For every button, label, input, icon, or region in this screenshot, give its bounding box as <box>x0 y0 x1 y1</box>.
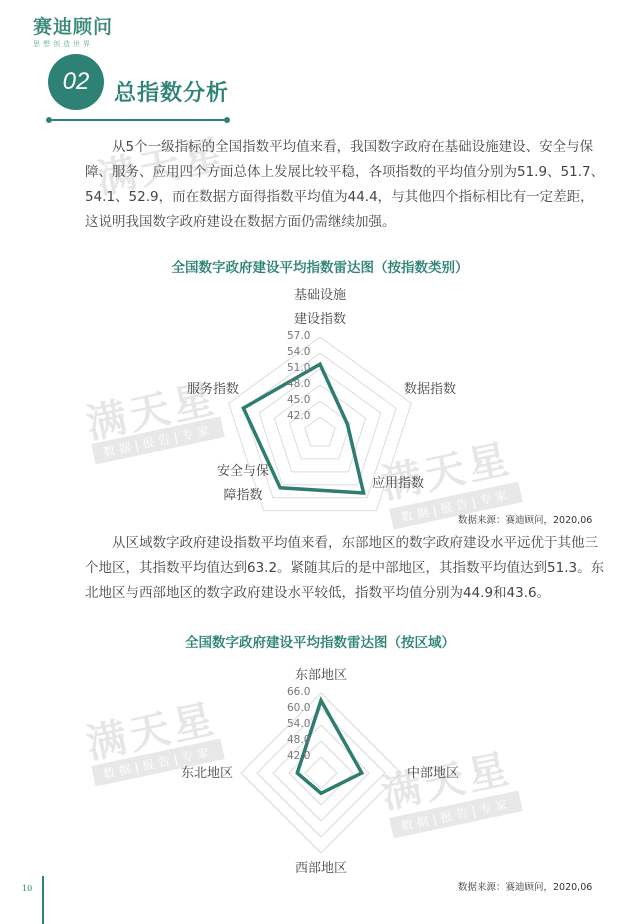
axis-label-northeast: 东北地区 <box>172 762 242 786</box>
page-number: 10 <box>22 884 32 893</box>
data-source: 数据来源：赛迪顾问，2020,06 <box>458 879 592 893</box>
axis-label-west: 西部地区 <box>281 857 361 881</box>
tick-label: 54.0 <box>287 718 310 730</box>
page-margin-bar <box>42 876 44 924</box>
axis-label-east: 东部地区 <box>281 664 361 688</box>
tick-label: 42.0 <box>287 750 310 762</box>
radar-chart-region <box>0 0 640 924</box>
tick-label: 48.0 <box>287 734 310 746</box>
tick-label: 66.0 <box>287 686 310 698</box>
axis-label-central: 中部地区 <box>398 762 468 786</box>
tick-label: 60.0 <box>287 702 310 714</box>
